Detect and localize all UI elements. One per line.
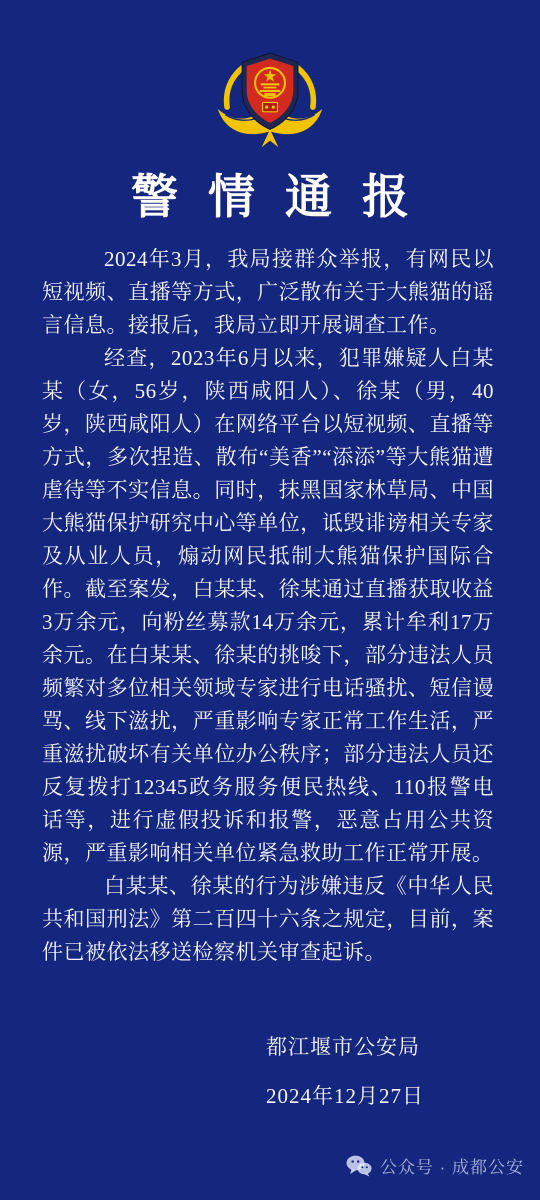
notice-body: 2024年3月，我局接群众举报，有网民以短视频、直播等方式，广泛散布关于大熊猫的… bbox=[42, 243, 494, 969]
notice-paragraph-3: 白某某、徐某的行为涉嫌违反《中华人民共和国刑法》第二百四十六条之规定，目前，案件… bbox=[42, 870, 494, 969]
police-notice-page: 警情通报 2024年3月，我局接群众举报，有网民以短视频、直播等方式，广泛散布关… bbox=[0, 53, 540, 1121]
signature-block: 都江堰市公安局 2024年12月27日 bbox=[266, 1023, 540, 1121]
watermark-text: 公众号 · 成都公安 bbox=[380, 1153, 524, 1178]
notice-paragraph-1: 2024年3月，我局接群众举报，有网民以短视频、直播等方式，广泛散布关于大熊猫的… bbox=[42, 243, 494, 342]
police-badge-icon bbox=[214, 53, 326, 150]
issuing-agency: 都江堰市公安局 bbox=[266, 1023, 540, 1072]
notice-title: 警情通报 bbox=[0, 160, 540, 227]
wechat-icon bbox=[346, 1155, 372, 1177]
issue-date: 2024年12月27日 bbox=[266, 1072, 540, 1121]
account-watermark: 公众号 · 成都公安 bbox=[346, 1153, 524, 1178]
notice-paragraph-2: 经查，2023年6月以来，犯罪嫌疑人白某某（女，56岁，陕西咸阳人）、徐某（男，… bbox=[42, 342, 494, 870]
